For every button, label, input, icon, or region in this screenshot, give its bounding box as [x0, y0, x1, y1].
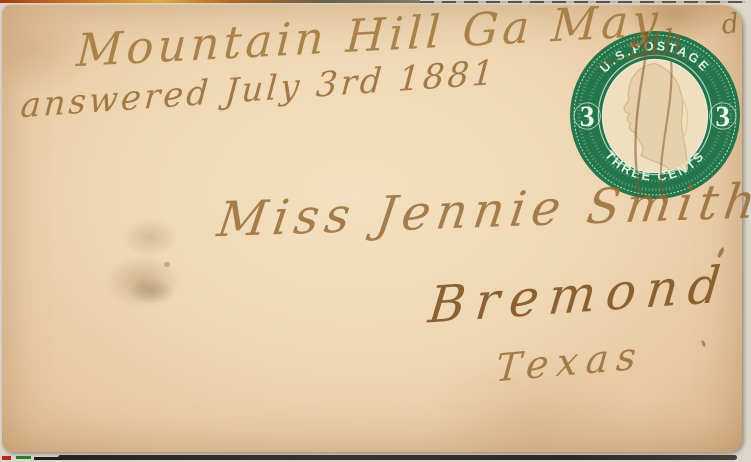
- scan-artifact-red: [2, 456, 11, 460]
- scan-edge-top-color-strip: [0, 0, 420, 3]
- ink-fleck: [164, 262, 170, 267]
- cancel-fragment: 9th: [630, 21, 683, 67]
- envelope-scan: U.S.POSTAGE THREE CENTS 3 3 Mountain Hil…: [0, 0, 751, 462]
- paper-smudge: [128, 278, 174, 304]
- corner-ink-fragment: d: [720, 8, 740, 41]
- scan-edge-bottom-shadow: [58, 455, 737, 460]
- scan-artifact-green: [16, 456, 31, 459]
- scan-artifact-dark: [34, 457, 62, 460]
